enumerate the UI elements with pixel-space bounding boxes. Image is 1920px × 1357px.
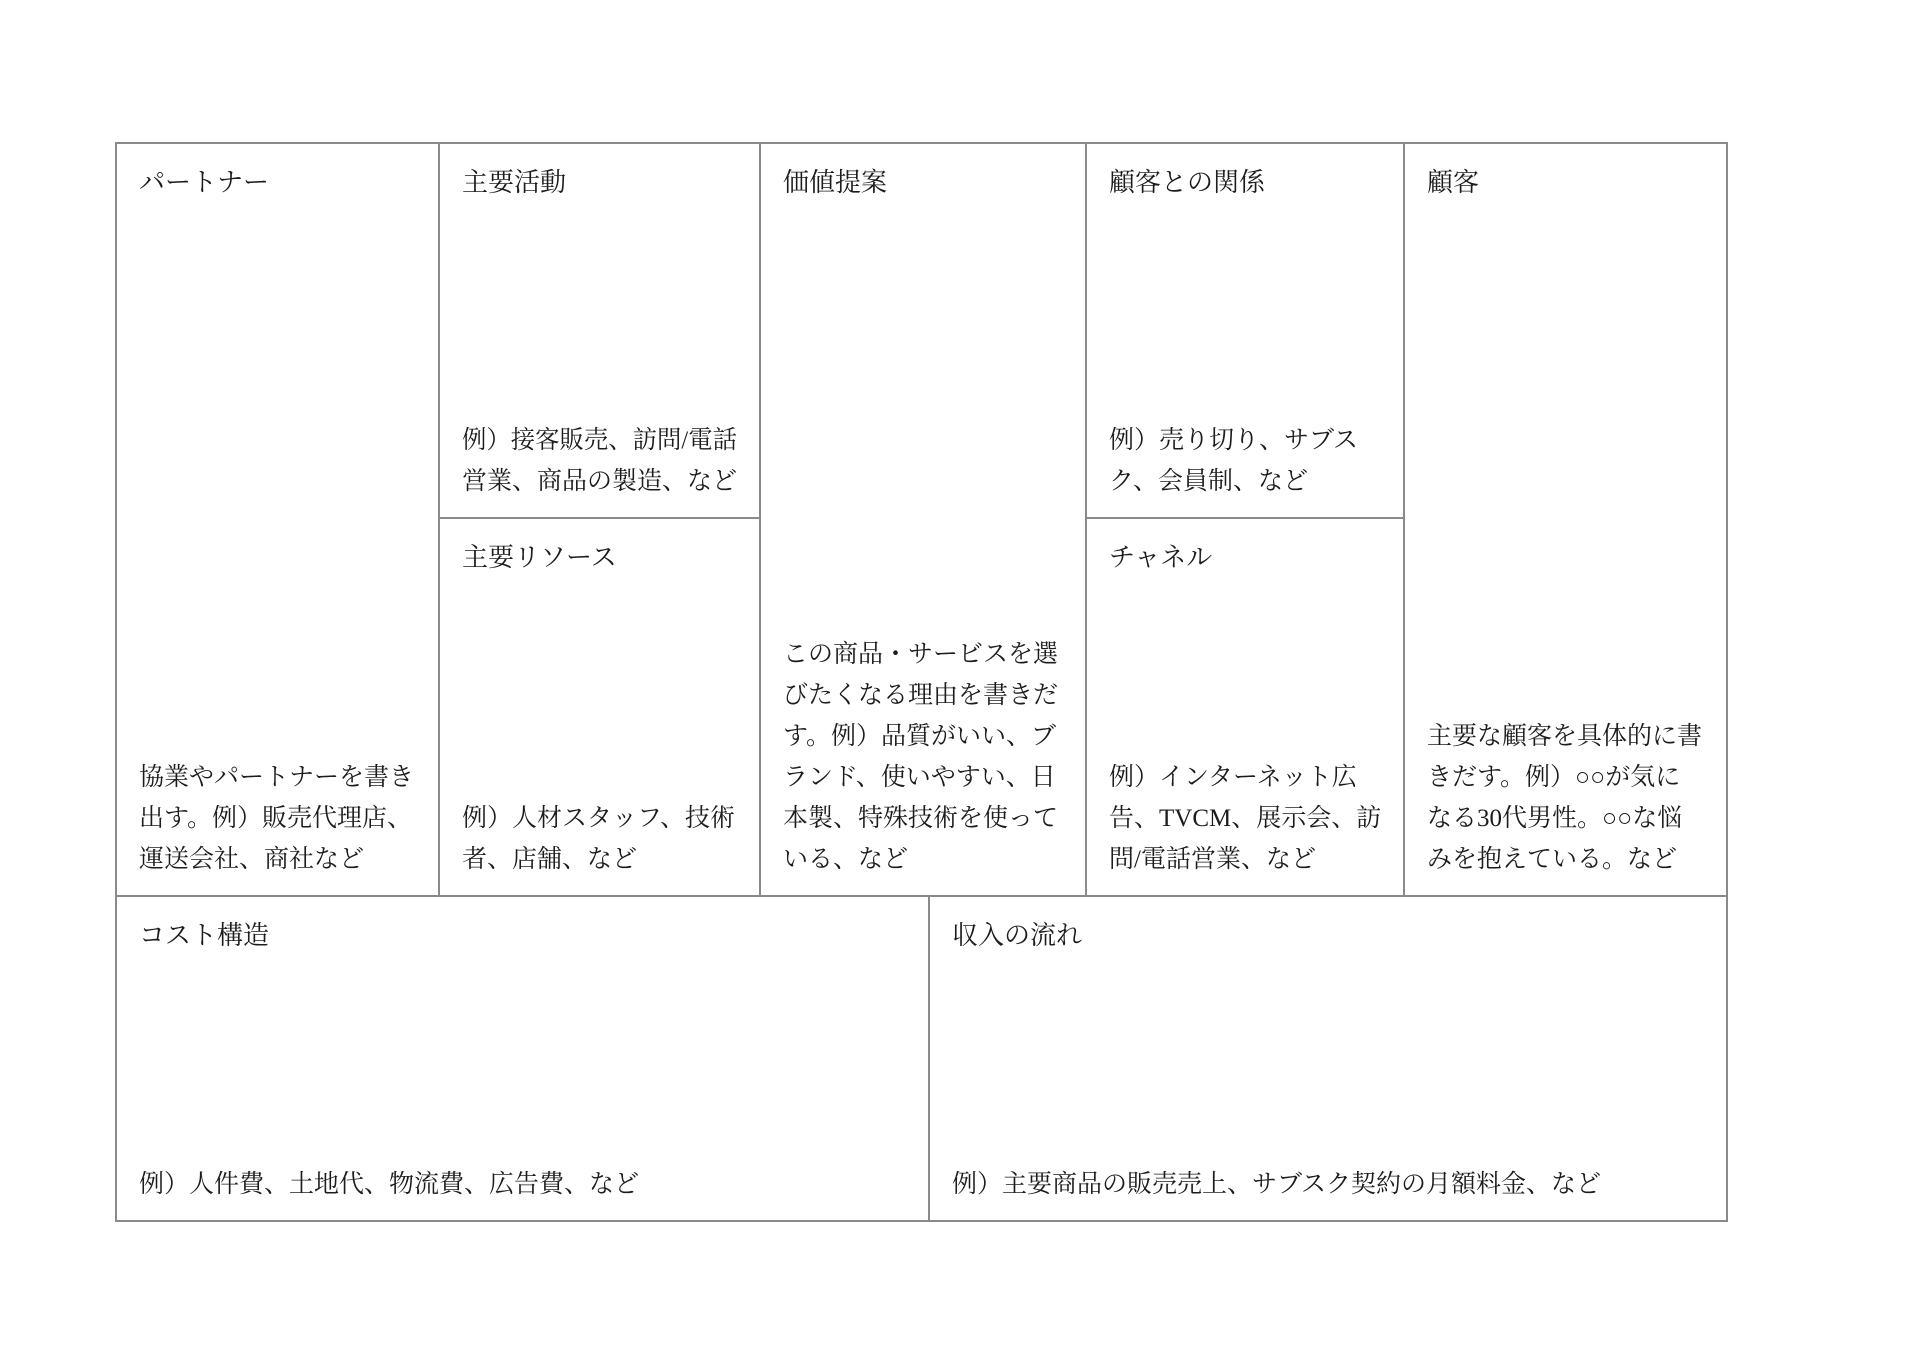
key-activities-title: 主要活動 (462, 162, 737, 203)
text-line: なる30代男性。○○な悩 (1427, 798, 1704, 839)
text-line: 営業、商品の製造、など (462, 461, 737, 502)
text-line: 告、TVCM、展示会、訪 (1109, 798, 1381, 839)
text-line: す。例）品質がいい、ブ (783, 716, 1063, 757)
text-line: 例）接客販売、訪問/電話 (462, 420, 730, 461)
customers-example-text: 主要な顧客を具体的に書きだす。例）○○が気になる30代男性。○○な悩みを抱えてい… (1427, 716, 1704, 880)
canvas-bottom-section: コスト構造 例）人件費、土地代、物流費、広告費、など 収入の流れ 例）主要商品の… (117, 897, 1726, 1220)
text-line: 例）主要商品の販売売上、サブスク契約の月額料金、など (952, 1164, 1704, 1205)
text-line: 例）人材スタッフ、技術 (462, 798, 737, 839)
cell-key-activities: 主要活動 例）接客販売、訪問/電話営業、商品の製造、など (440, 144, 759, 519)
text-line: 主要な顧客を具体的に書 (1427, 716, 1704, 757)
value-proposition-title: 価値提案 (783, 162, 1063, 203)
text-line: 出す。例）販売代理店、 (139, 798, 416, 839)
text-line: この商品・サービスを選 (783, 634, 1063, 675)
document-page: パートナー 協業やパートナーを書き出す。例）販売代理店、運送会社、商社など 主要… (0, 0, 1920, 1357)
cell-partners: パートナー 協業やパートナーを書き出す。例）販売代理店、運送会社、商社など (117, 144, 438, 895)
customer-relationships-title: 顧客との関係 (1109, 162, 1381, 203)
text-line: ランド、使いやすい、日 (783, 757, 1063, 798)
column-value-proposition: 価値提案 この商品・サービスを選びたくなる理由を書きだす。例）品質がいい、ブラン… (761, 144, 1087, 895)
cell-customer-relationships: 顧客との関係 例）売り切り、サブスク、会員制、など (1087, 144, 1403, 519)
text-line: 本製、特殊技術を使って (783, 798, 1063, 839)
revenue-streams-title: 収入の流れ (952, 915, 1704, 956)
channels-title: チャネル (1109, 537, 1381, 578)
text-line: ク、会員制、など (1109, 461, 1381, 502)
key-activities-example-text: 例）接客販売、訪問/電話営業、商品の製造、など (462, 420, 737, 502)
key-resources-example-text: 例）人材スタッフ、技術者、店舗、など (462, 798, 737, 880)
text-line: 例）インターネット広 (1109, 757, 1381, 798)
cost-structure-example-text: 例）人件費、土地代、物流費、広告費、など (139, 1164, 906, 1205)
text-line: びたくなる理由を書きだ (783, 675, 1063, 716)
cell-value-proposition: 価値提案 この商品・サービスを選びたくなる理由を書きだす。例）品質がいい、ブラン… (761, 144, 1085, 895)
cell-channels: チャネル 例）インターネット広告、TVCM、展示会、訪問/電話営業、など (1087, 519, 1403, 895)
text-line: 協業やパートナーを書き (139, 757, 416, 798)
revenue-streams-example-text: 例）主要商品の販売売上、サブスク契約の月額料金、など (952, 1164, 1704, 1205)
cost-structure-title: コスト構造 (139, 915, 906, 956)
text-line: 問/電話営業、など (1109, 839, 1381, 880)
column-partners: パートナー 協業やパートナーを書き出す。例）販売代理店、運送会社、商社など (117, 144, 440, 895)
column-relationships-channels: 顧客との関係 例）売り切り、サブスク、会員制、など チャネル 例）インターネット… (1087, 144, 1405, 895)
text-line: 運送会社、商社など (139, 839, 416, 880)
text-line: みを抱えている。など (1427, 839, 1704, 880)
column-customers: 顧客 主要な顧客を具体的に書きだす。例）○○が気になる30代男性。○○な悩みを抱… (1405, 144, 1726, 895)
text-line: 例）売り切り、サブス (1109, 420, 1381, 461)
text-line: 者、店舗、など (462, 839, 737, 880)
partners-title: パートナー (139, 162, 416, 203)
text-line: 例）人件費、土地代、物流費、広告費、など (139, 1164, 906, 1205)
cell-cost-structure: コスト構造 例）人件費、土地代、物流費、広告費、など (117, 897, 930, 1220)
cell-customers: 顧客 主要な顧客を具体的に書きだす。例）○○が気になる30代男性。○○な悩みを抱… (1405, 144, 1726, 895)
channels-example-text: 例）インターネット広告、TVCM、展示会、訪問/電話営業、など (1109, 757, 1381, 880)
customer-relationships-example-text: 例）売り切り、サブスク、会員制、など (1109, 420, 1381, 502)
cell-key-resources: 主要リソース 例）人材スタッフ、技術者、店舗、など (440, 519, 759, 895)
business-model-canvas-table: パートナー 協業やパートナーを書き出す。例）販売代理店、運送会社、商社など 主要… (115, 142, 1728, 1222)
cell-revenue-streams: 収入の流れ 例）主要商品の販売売上、サブスク契約の月額料金、など (930, 897, 1726, 1220)
canvas-top-section: パートナー 協業やパートナーを書き出す。例）販売代理店、運送会社、商社など 主要… (117, 144, 1726, 897)
text-line: きだす。例）○○が気に (1427, 757, 1704, 798)
key-resources-title: 主要リソース (462, 537, 737, 578)
value-proposition-example-text: この商品・サービスを選びたくなる理由を書きだす。例）品質がいい、ブランド、使いや… (783, 634, 1063, 880)
column-activities-resources: 主要活動 例）接客販売、訪問/電話営業、商品の製造、など 主要リソース 例）人材… (440, 144, 761, 895)
partners-example-text: 協業やパートナーを書き出す。例）販売代理店、運送会社、商社など (139, 757, 416, 880)
customers-title: 顧客 (1427, 162, 1704, 203)
text-line: いる、など (783, 839, 1063, 880)
